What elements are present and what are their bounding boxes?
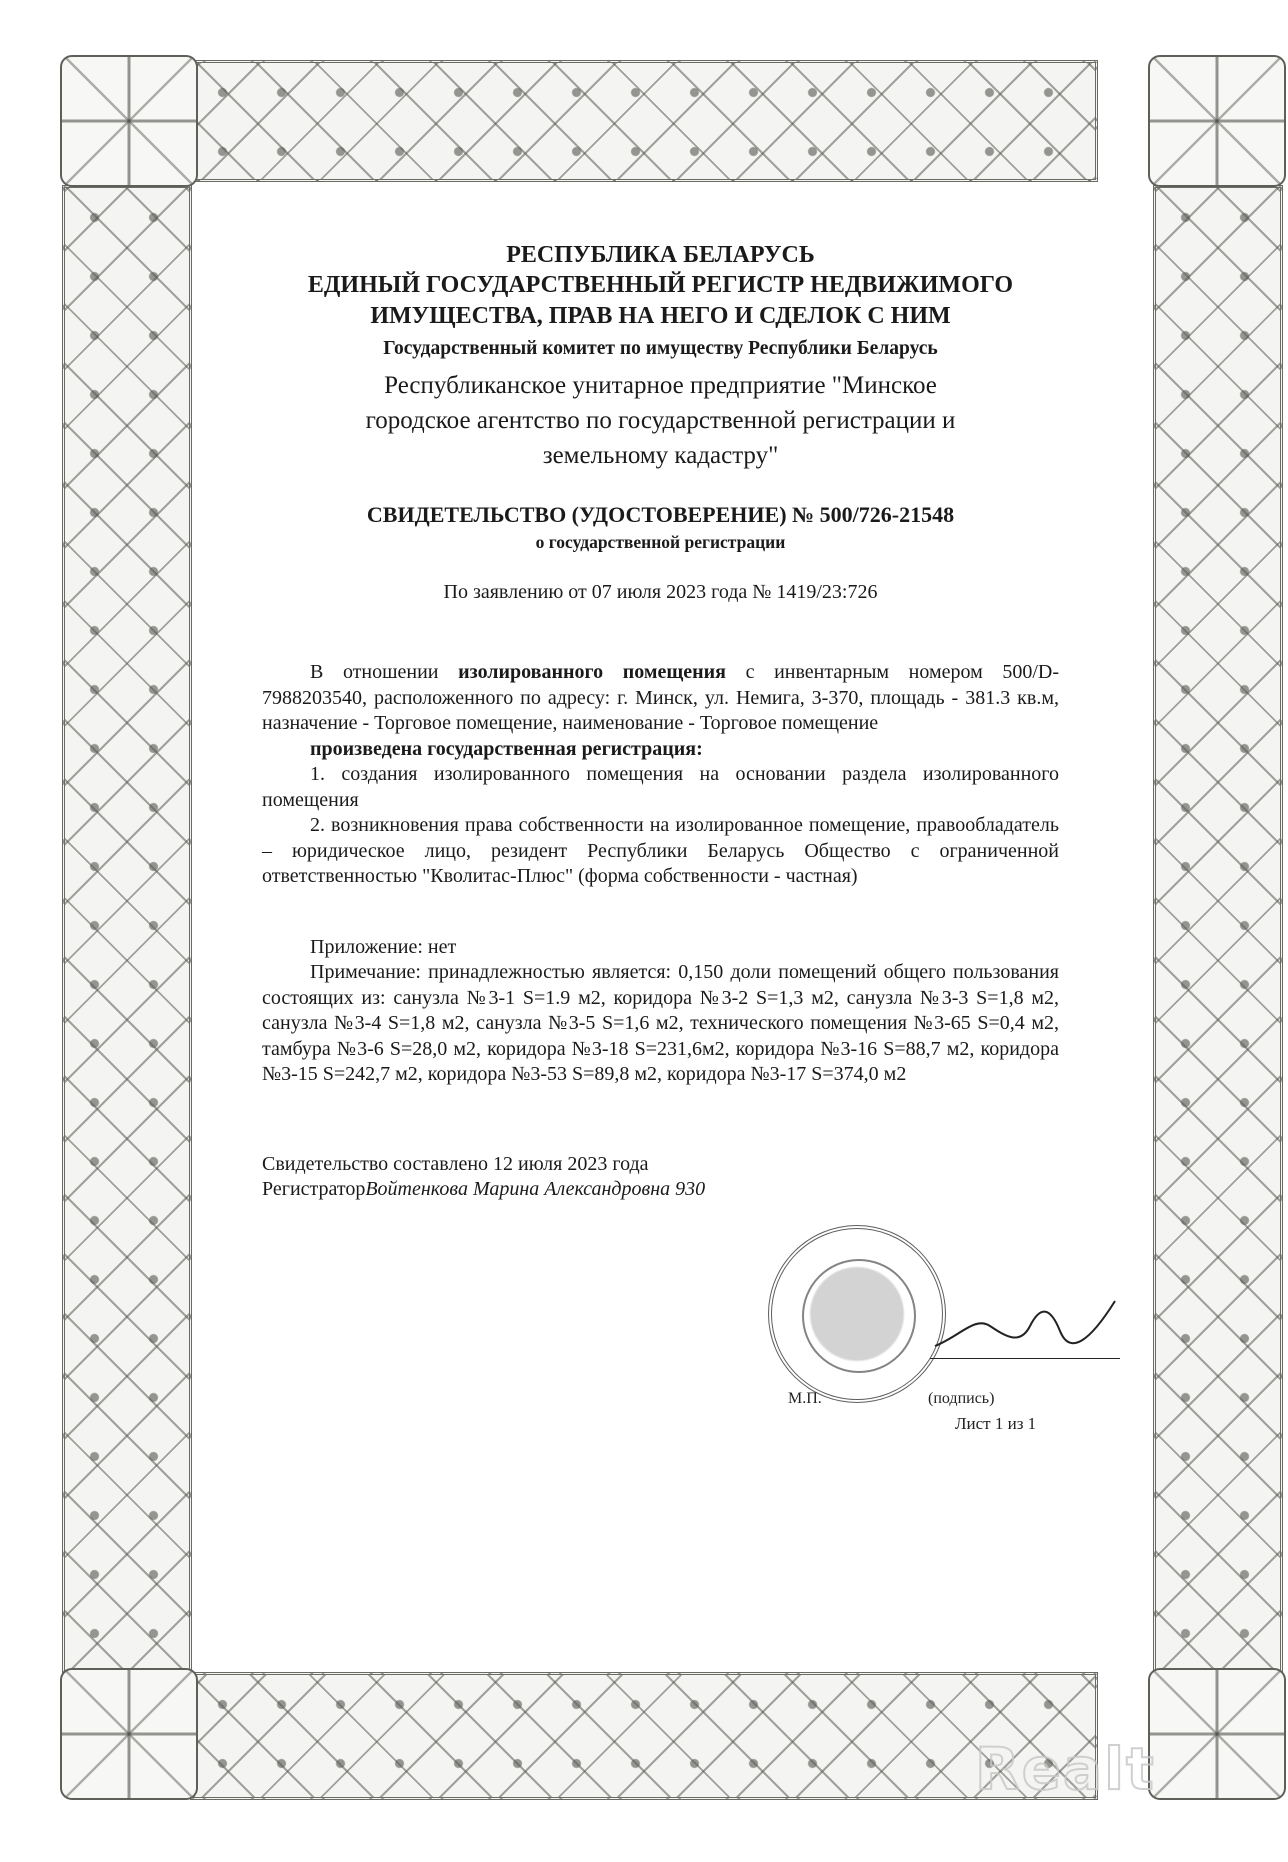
registrar-line: РегистраторВойтенкова Марина Александров… bbox=[262, 1177, 1059, 1203]
country-heading: РЕСПУБЛИКА БЕЛАРУСЬ bbox=[262, 240, 1059, 270]
property-description: В отношении изолированного помещения с и… bbox=[262, 660, 1059, 1088]
registration-item-1: 1. создания изолированного помещения на … bbox=[262, 762, 1059, 813]
issue-date: Свидетельство составлено 12 июля 2023 го… bbox=[262, 1152, 1059, 1178]
seal-label: М.П. bbox=[788, 1390, 822, 1408]
signature-line bbox=[930, 1318, 1120, 1359]
sheet-number: Лист 1 из 1 bbox=[955, 1414, 1036, 1434]
watermark-logo: Realt bbox=[975, 1735, 1156, 1803]
ornament-corner-icon bbox=[60, 55, 198, 187]
ornamental-border-right bbox=[1153, 185, 1283, 1675]
application-reference: По заявлению от 07 июля 2023 года № 1419… bbox=[262, 579, 1059, 605]
agency-line1: Республиканское унитарное предприятие "М… bbox=[262, 368, 1059, 403]
handwritten-signature-icon bbox=[930, 1296, 1120, 1356]
attachment-note: Приложение: нет bbox=[262, 935, 1059, 961]
registrar-code: 930 bbox=[675, 1178, 705, 1200]
committee-heading: Государственный комитет по имуществу Рес… bbox=[262, 334, 1059, 364]
signature-caption: (подпись) bbox=[928, 1390, 994, 1408]
official-seal-icon bbox=[768, 1225, 946, 1403]
ornament-corner-icon bbox=[1148, 55, 1286, 187]
registration-heading: произведена государственная регистрация: bbox=[262, 737, 1059, 763]
certificate-subtitle: о государственной регистрации bbox=[262, 529, 1059, 555]
signature-block: Свидетельство составлено 12 июля 2023 го… bbox=[262, 1152, 1059, 1203]
ornamental-border-top bbox=[190, 60, 1098, 182]
ornament-corner-icon bbox=[60, 1668, 198, 1800]
agency-line3: земельному кадастру" bbox=[262, 438, 1059, 473]
ornamental-border-left bbox=[62, 185, 192, 1675]
registrar-label: Регистратор bbox=[262, 1178, 365, 1200]
agency-line2: городское агентство по государственной р… bbox=[262, 403, 1059, 438]
remark-note: Примечание: принадлежностью является: 0,… bbox=[262, 960, 1059, 1088]
register-heading-line2: ИМУЩЕСТВА, ПРАВ НА НЕГО И СДЕЛОК С НИМ bbox=[262, 301, 1059, 332]
property-type: изолированного помещения bbox=[458, 661, 726, 683]
intro-lead: В отношении bbox=[310, 661, 439, 683]
coat-of-arms-icon bbox=[802, 1259, 916, 1373]
register-heading-line1: ЕДИНЫЙ ГОСУДАРСТВЕННЫЙ РЕГИСТР НЕДВИЖИМО… bbox=[262, 270, 1059, 301]
certificate-page: РЕСПУБЛИКА БЕЛАРУСЬ ЕДИНЫЙ ГОСУДАРСТВЕНН… bbox=[0, 0, 1288, 1862]
certificate-title: СВИДЕТЕЛЬСТВО (УДОСТОВЕРЕНИЕ) № 500/726-… bbox=[262, 501, 1059, 529]
document-content: РЕСПУБЛИКА БЕЛАРУСЬ ЕДИНЫЙ ГОСУДАРСТВЕНН… bbox=[262, 240, 1059, 1203]
registration-item-2: 2. возникновения права собственности на … bbox=[262, 813, 1059, 890]
registrar-name: Войтенкова Марина Александровна bbox=[365, 1178, 670, 1200]
ornamental-border-bottom bbox=[190, 1672, 1098, 1800]
ornament-corner-icon bbox=[1148, 1668, 1286, 1800]
